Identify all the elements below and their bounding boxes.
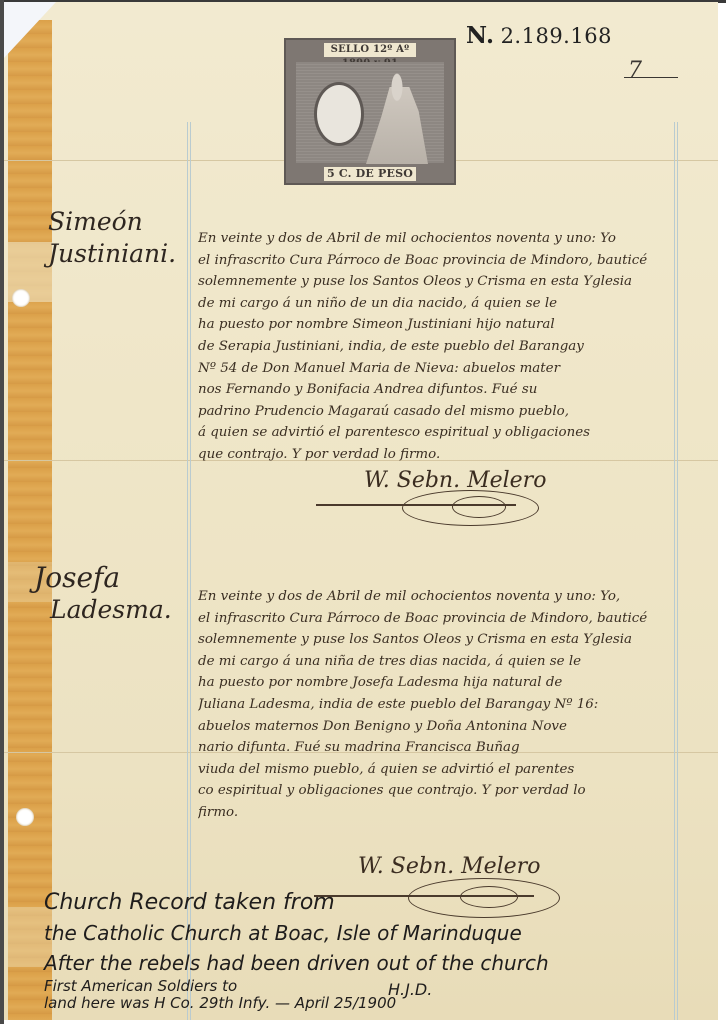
stamp-engraving <box>296 62 444 163</box>
text-line: solemnemente y puse los Santos Oleos y C… <box>198 271 676 293</box>
text-line: de Serapia Justiniani, india, de este pu… <box>198 336 676 358</box>
priest-signature-1: W. Sebn. Melero <box>364 468 546 493</box>
binding-tape-strip <box>8 20 52 1020</box>
text-line: firmo. <box>198 802 676 824</box>
given-name: Simeón <box>48 206 176 238</box>
text-line: viuda del mismo pueblo, á quien se advir… <box>198 759 676 781</box>
text-line: nario difunta. Fué su madrina Francisca … <box>198 737 676 759</box>
text-line: el infrascrito Cura Párroco de Boac prov… <box>198 608 676 630</box>
text-line: nos Fernando y Bonifacia Andrea difuntos… <box>198 379 676 401</box>
surname: Justiniani. <box>48 238 176 270</box>
revenue-stamp: SELLO 12º Aº 1890 y 91 5 C. DE PESO <box>284 38 456 185</box>
annotation-line: After the rebels had been driven out of … <box>44 948 549 978</box>
margin-rule-left <box>187 122 188 1020</box>
text-line: En veinte y dos de Abril de mil ochocien… <box>198 586 676 608</box>
serial-value: 2.189.168 <box>501 24 612 48</box>
given-name: Josefa <box>34 562 172 594</box>
margin-name-entry-1: Simeón Justiniani. <box>48 206 176 270</box>
text-line: abuelos maternos Don Benigno y Doña Anto… <box>198 716 676 738</box>
text-line: que contrajo. Y por verdad lo firmo. <box>198 444 676 466</box>
serial-number: N.2.189.168 <box>466 22 612 49</box>
signature-flourish <box>316 504 516 506</box>
stamp-value-label: 5 C. DE PESO <box>324 167 416 181</box>
text-line: Juliana Ladesma, india de este pueblo de… <box>198 694 676 716</box>
seated-allegorical-figure <box>366 68 428 164</box>
text-line: ha puesto por nombre Simeon Justiniani h… <box>198 314 676 336</box>
punch-hole-top <box>12 289 30 307</box>
text-line: de mi cargo á un niño de un dia nacido, … <box>198 293 676 315</box>
margin-rule-right <box>677 122 678 1020</box>
annotation-line: land here was H Co. 29th Infy. — April 2… <box>44 995 549 1012</box>
text-line: En veinte y dos de Abril de mil ochocien… <box>198 228 676 250</box>
text-line: co espiritual y obligaciones que contraj… <box>198 780 676 802</box>
text-line: de mi cargo á una niña de tres dias naci… <box>198 651 676 673</box>
annotation-line: First American Soldiers to <box>44 978 549 995</box>
page-number-mark: 7 <box>628 58 642 83</box>
text-line: solemnemente y puse los Santos Oleos y C… <box>198 629 676 651</box>
coat-of-arms-emblem <box>314 82 364 146</box>
text-line: ha puesto por nombre Josefa Ladesma hija… <box>198 672 676 694</box>
torn-corner <box>4 2 56 58</box>
entry-1-text: En veinte y dos de Abril de mil ochocien… <box>198 228 676 466</box>
english-annotation: Church Record taken from the Catholic Ch… <box>44 888 549 1012</box>
annotation-line: Church Record taken from <box>44 888 549 918</box>
text-line: el infrascrito Cura Párroco de Boac prov… <box>198 250 676 272</box>
serial-prefix: N. <box>466 22 495 49</box>
priest-signature-2: W. Sebn. Melero <box>358 854 540 879</box>
margin-rule-left <box>190 122 191 1020</box>
annotation-initials: H.J.D. <box>388 975 432 1005</box>
surname: Ladesma. <box>34 594 172 626</box>
entry-2-text: En veinte y dos de Abril de mil ochocien… <box>198 586 676 824</box>
signature-flourish <box>452 496 506 518</box>
document-page: SELLO 12º Aº 1890 y 91 5 C. DE PESO N.2.… <box>4 2 718 1020</box>
text-line: padrino Prudencio Magaraú casado del mis… <box>198 401 676 423</box>
punch-hole-bottom <box>16 808 34 826</box>
annotation-line: the Catholic Church at Boac, Isle of Mar… <box>44 918 549 948</box>
stamp-top-label: SELLO 12º Aº 1890 y 91 <box>324 43 416 57</box>
text-line: á quien se advirtió el parentesco espiri… <box>198 422 676 444</box>
text-line: Nº 54 de Don Manuel Maria de Nieva: abue… <box>198 358 676 380</box>
margin-name-entry-2: Josefa Ladesma. <box>34 562 172 626</box>
